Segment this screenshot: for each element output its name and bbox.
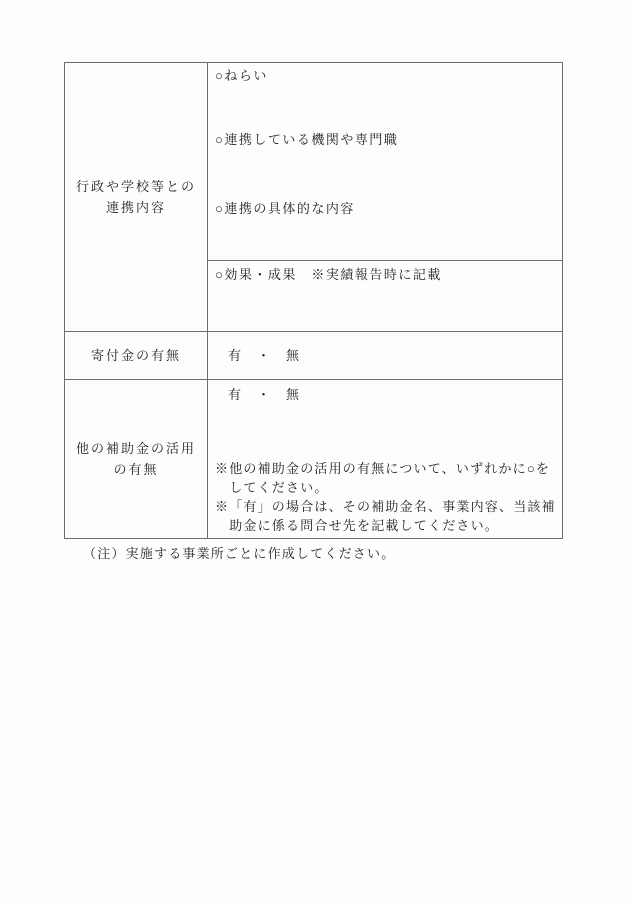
item-partner-organizations: ○連携している機関や専門職 [208,133,562,147]
row-label-donation: 寄付金の有無 [65,332,208,379]
item-effect-results: ○効果・成果 ※実績報告時に記載 [208,268,562,282]
label-line-2: の有無 [113,459,158,480]
other-subsidy-content-cell: 有 ・ 無 ※他の補助金の活用の有無について、いずれかに○を してください。 ※… [208,380,562,538]
note-line-3: ※「有」の場合は、その補助金名、事業内容、当該補 [215,497,558,516]
note-line-1: ※他の補助金の活用の有無について、いずれかに○を [215,459,558,478]
table-row-donation: 寄付金の有無 有 ・ 無 [65,332,562,380]
note-line-4: 助金に係る問合せ先を記載してください。 [215,516,558,535]
table-row-cooperation: 行政や学校等との 連携内容 ○ねらい ○連携している機関や専門職 ○連携の具体的… [65,63,562,332]
cooperation-effect-cell: ○効果・成果 ※実績報告時に記載 [208,261,562,331]
row-label-other-subsidy: 他の補助金の活用 の有無 [65,380,208,538]
item-cooperation-details: ○連携の具体的な内容 [208,202,562,216]
other-subsidy-yes-no-value: 有 ・ 無 [208,388,562,402]
donation-yes-no-value: 有 ・ 無 [208,349,301,363]
donation-value-cell: 有 ・ 無 [208,332,562,379]
footnote: （注）実施する事業所ごとに作成してください。 [83,546,395,561]
cooperation-content-column: ○ねらい ○連携している機関や専門職 ○連携の具体的な内容 ○効果・成果 ※実績… [208,63,562,331]
form-table: 行政や学校等との 連携内容 ○ねらい ○連携している機関や専門職 ○連携の具体的… [64,62,563,539]
other-subsidy-notes: ※他の補助金の活用の有無について、いずれかに○を してください。 ※「有」の場合… [208,459,562,535]
label-line-1: 寄付金の有無 [91,345,181,366]
document-page: 行政や学校等との 連携内容 ○ねらい ○連携している機関や専門職 ○連携の具体的… [0,0,630,903]
label-line-2: 連携内容 [106,197,166,218]
label-line-1: 行政や学校等との [76,176,196,197]
note-line-2: してください。 [215,478,558,497]
item-aim: ○ねらい [208,69,562,83]
row-label-cooperation: 行政や学校等との 連携内容 [65,63,208,331]
cooperation-items-cell: ○ねらい ○連携している機関や専門職 ○連携の具体的な内容 [208,63,562,261]
label-line-1: 他の補助金の活用 [76,438,196,459]
table-row-other-subsidy: 他の補助金の活用 の有無 有 ・ 無 ※他の補助金の活用の有無について、いずれか… [65,380,562,538]
